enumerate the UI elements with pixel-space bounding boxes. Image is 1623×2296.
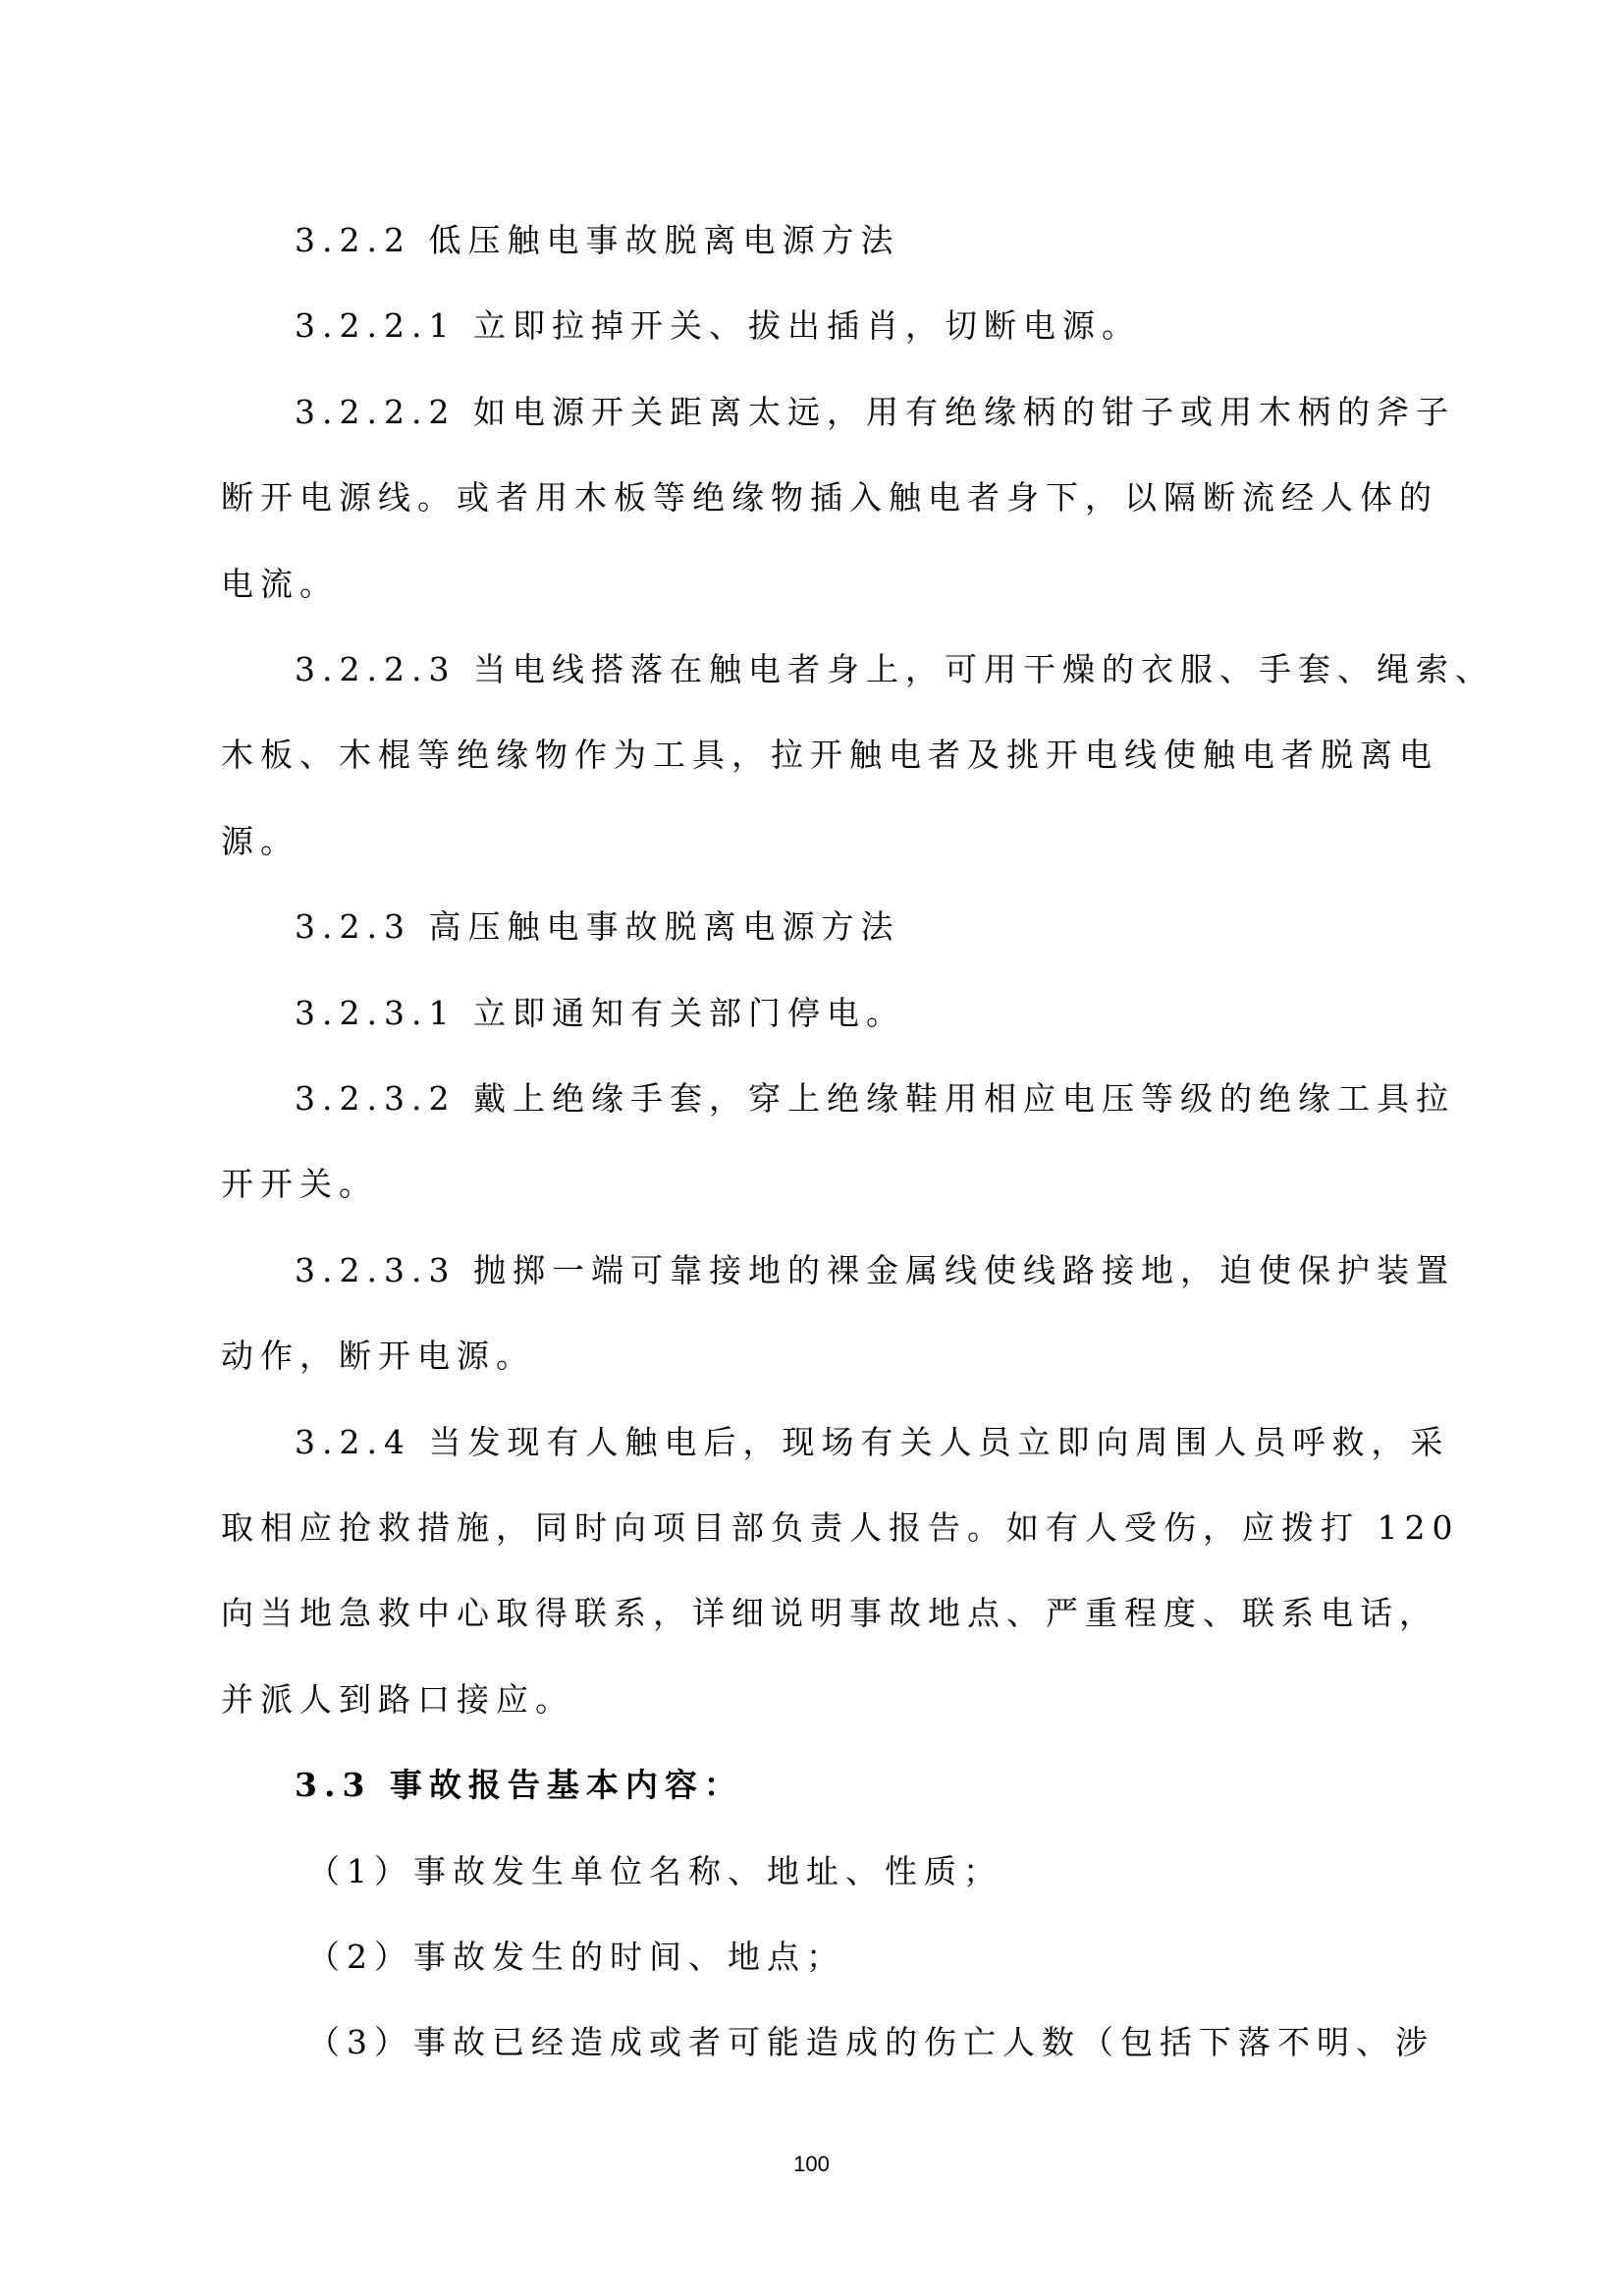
list-item: （3）事故已经造成或者可能造成的伤亡人数（包括下落不明、涉	[307, 2018, 1399, 2067]
page-number: 100	[0, 2151, 1623, 2178]
section-heading: 3.3 事故报告基本内容：	[295, 1761, 1399, 1810]
text-line: 取相应抢救措施，同时向项目部负责人报告。如有人受伤，应拨打 120	[221, 1503, 1399, 1553]
list-item: （2）事故发生的时间、地点；	[307, 1933, 1399, 1982]
text-line: 源。	[221, 817, 1399, 866]
text-line: 木板、木棍等绝缘物作为工具，拉开触电者及挑开电线使触电者脱离电	[221, 731, 1399, 780]
subsection-heading: 3.2.3 高压触电事故脱离电源方法	[295, 902, 1399, 952]
subsection-heading: 3.2.2 低压触电事故脱离电源方法	[295, 216, 1399, 265]
text-line: 开开关。	[221, 1160, 1399, 1209]
text-line: 向当地急救中心取得联系，详细说明事故地点、严重程度、联系电话，	[221, 1589, 1399, 1638]
paragraph-start-line: 3.2.3.1 立即通知有关部门停电。	[295, 989, 1399, 1038]
text-line: 并派人到路口接应。	[221, 1675, 1399, 1724]
paragraph-start-line: 3.2.4 当发现有人触电后，现场有关人员立即向周围人员呼救，采	[295, 1418, 1399, 1467]
paragraph-start-line: 3.2.3.2 戴上绝缘手套，穿上绝缘鞋用相应电压等级的绝缘工具拉	[295, 1074, 1399, 1123]
text-line: 断开电源线。或者用木板等绝缘物插入触电者身下，以隔断流经人体的	[221, 473, 1399, 522]
paragraph-start-line: 3.2.3.3 抛掷一端可靠接地的裸金属线使线路接地，迫使保护装置	[295, 1246, 1399, 1295]
list-item: （1）事故发生单位名称、地址、性质；	[307, 1847, 1399, 1896]
text-line: 动作，断开电源。	[221, 1332, 1399, 1381]
text-line: 电流。	[221, 560, 1399, 609]
paragraph-start-line: 3.2.2.1 立即拉掉开关、拔出插肖，切断电源。	[295, 301, 1399, 351]
document-page: 3.2.2 低压触电事故脱离电源方法3.2.2.1 立即拉掉开关、拔出插肖，切断…	[0, 0, 1623, 2296]
paragraph-start-line: 3.2.2.3 当电线搭落在触电者身上，可用干燥的衣服、手套、绳索、	[295, 645, 1399, 694]
paragraph-start-line: 3.2.2.2 如电源开关距离太远，用有绝缘柄的钳子或用木柄的斧子	[295, 388, 1399, 437]
